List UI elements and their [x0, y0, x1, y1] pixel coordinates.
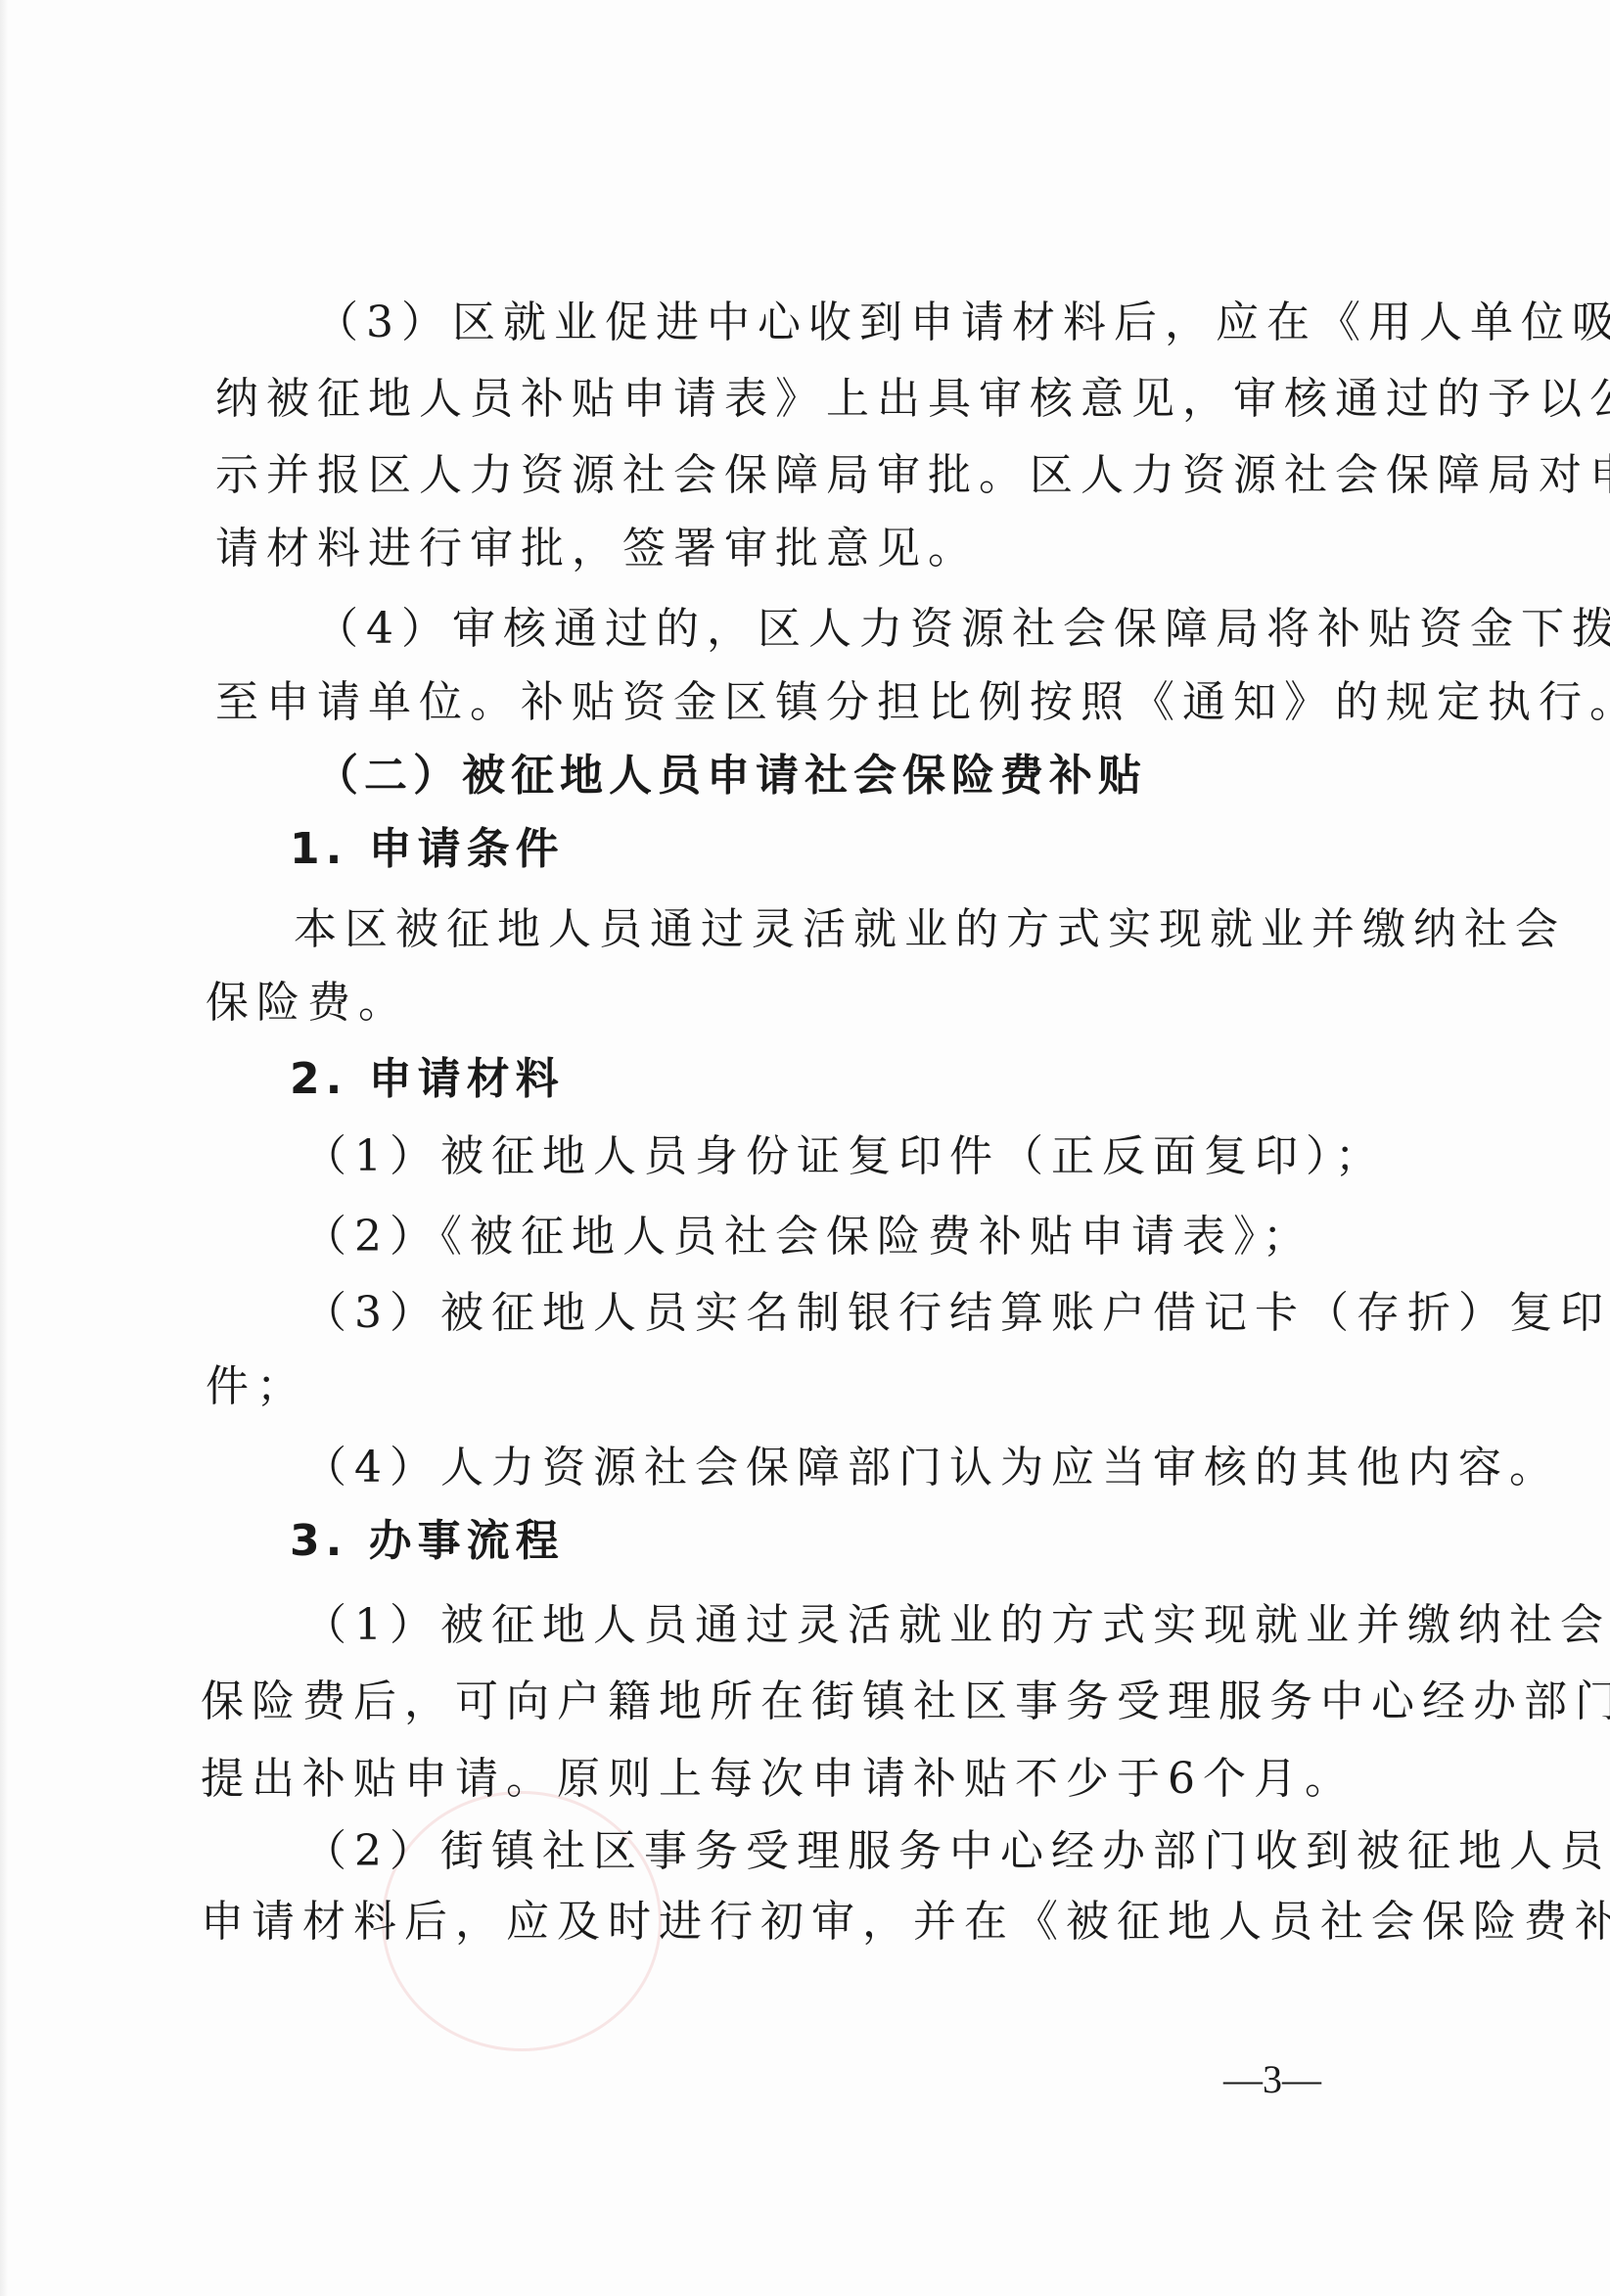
paragraph-line: （1）被征地人员通过灵活就业的方式实现就业并缴纳社会 [303, 1596, 1402, 1655]
paragraph-line: 件； [206, 1357, 307, 1416]
paragraph-line: 申请材料后，应及时进行初审，并在《被征地人员社会保险费补 [201, 1893, 1402, 1952]
paragraph-line: 纳被征地人员补贴申请表》上出具审核意见，审核通过的予以公 [215, 370, 1411, 429]
paragraph-line: 提出补贴申请。原则上每次申请补贴不少于6个月。 [201, 1750, 1356, 1809]
paragraph-line: （2）街镇社区事务受理服务中心经办部门收到被征地人员 [303, 1822, 1402, 1881]
paragraph-line: 请材料进行审批，签署审批意见。 [215, 520, 979, 578]
paragraph-line: （3）被征地人员实名制银行结算账户借记卡（存折）复印 [303, 1284, 1411, 1343]
section-heading: （二）被征地人员申请社会保险费补贴 [315, 747, 1147, 805]
paragraph-line: 示并报区人力资源社会保障局审批。区人力资源社会保障局对申 [215, 446, 1411, 505]
section-heading: 1. 申请条件 [290, 820, 565, 879]
paragraph-line: 本区被征地人员通过灵活就业的方式实现就业并缴纳社会 [294, 900, 1411, 959]
page-number: —3— [1223, 2055, 1321, 2104]
paragraph-line: （4）审核通过的，区人力资源社会保障局将补贴资金下拨 [315, 600, 1411, 659]
paragraph-line: （4）人力资源社会保障部门认为应当审核的其他内容。 [303, 1439, 1560, 1497]
paragraph-line: （3）区就业促进中心收到申请材料后，应在《用人单位吸 [315, 294, 1411, 352]
paragraph-line: 保险费。 [206, 974, 409, 1033]
paragraph-line: （1）被征地人员身份证复印件（正反面复印）； [303, 1127, 1386, 1186]
paragraph-line: 至申请单位。补贴资金区镇分担比例按照《通知》的规定执行。 [215, 673, 1411, 732]
section-heading: 2. 申请材料 [290, 1050, 565, 1109]
paragraph-line: （2）《被征地人员社会保险费补贴申请表》； [303, 1208, 1313, 1266]
paragraph-line: 保险费后，可向户籍地所在街镇社区事务受理服务中心经办部门 [201, 1673, 1402, 1731]
scan-edge-shadow [0, 0, 8, 2296]
section-heading: 3. 办事流程 [290, 1512, 565, 1571]
document-page: （3）区就业促进中心收到申请材料后，应在《用人单位吸纳被征地人员补贴申请表》上出… [0, 0, 1610, 2296]
